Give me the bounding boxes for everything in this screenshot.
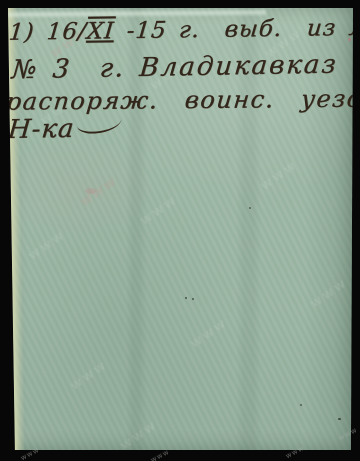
handwritten-line-4: Н-ка <box>7 113 122 145</box>
line4-text: Н-ка <box>7 114 76 145</box>
watermark-text: www <box>187 315 230 351</box>
watermark-text: www <box>25 227 68 263</box>
paper-speck <box>85 188 96 194</box>
paper-speck <box>300 404 302 406</box>
paper-speck <box>249 207 251 209</box>
document-paper: wwwwwwwwwwwwwwwwwwwwwwwwwwwwwwwwwwww 1) … <box>8 8 353 450</box>
paper-speck <box>185 297 187 299</box>
handwritten-line-1: 1) 16/XI -15 г. выб. из лаз. <box>8 14 360 45</box>
paper-speck <box>348 38 351 41</box>
watermark-text: www <box>77 173 120 209</box>
handwritten-line-3: распоряж. воинс. уездн. <box>4 84 360 115</box>
watermark-text: www <box>67 357 110 393</box>
handwritten-line-2: № 3 г. Владикавказ в <box>10 49 360 85</box>
date-day: 1) 16/ <box>8 19 88 46</box>
watermark-text: www <box>307 275 350 311</box>
pen-flourish <box>76 118 121 134</box>
paper-speck <box>338 418 341 420</box>
watermark-text: www <box>117 417 160 453</box>
scanned-document: wwwwwwwwwwwwwwwwwwwwwwwwwwwwwwwwwwww 1) … <box>0 0 360 461</box>
paper-speck <box>192 298 194 300</box>
watermark-text: www <box>137 192 180 228</box>
date-month-roman: XI <box>86 18 116 44</box>
line1-text: -15 г. выб. из лаз. <box>113 14 360 44</box>
watermark-text: www <box>257 157 300 193</box>
